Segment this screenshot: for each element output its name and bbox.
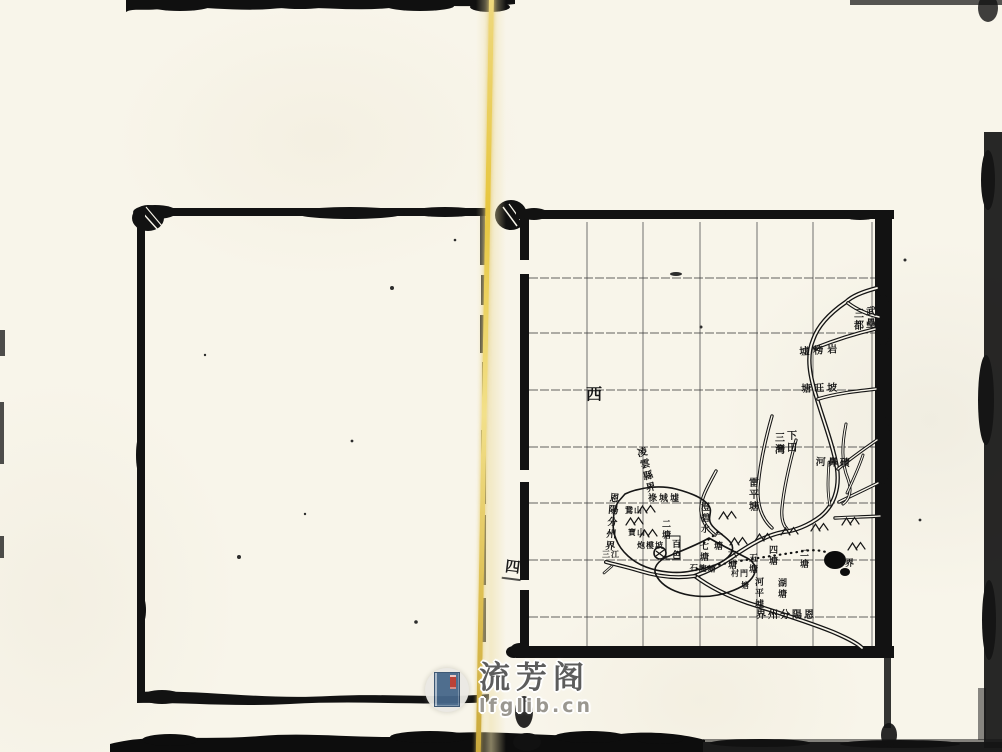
scan-artifact-left-edge <box>0 330 5 558</box>
svg-text:祿城墟: 祿城墟 <box>648 492 681 504</box>
map-label: 界 <box>845 557 855 569</box>
svg-text:村門: 村門 <box>731 568 749 578</box>
svg-text:塘: 塘 <box>741 580 749 590</box>
svg-text:下田: 下田 <box>787 429 798 454</box>
watermark-badge <box>425 668 469 712</box>
scan-artifact-right-edge <box>978 132 1002 748</box>
svg-text:二塘: 二塘 <box>800 548 810 570</box>
map-label: 下田 <box>787 429 798 454</box>
svg-text:澄碧水: 澄碧水 <box>701 501 711 535</box>
map-label: 雷平塘 <box>749 476 760 513</box>
map-label: 二塘 <box>800 548 810 570</box>
svg-text:百色: 百色 <box>671 538 682 561</box>
map-label: 百色 <box>671 538 682 561</box>
map-label: 鵞山 <box>625 505 643 515</box>
map-label: 河鼻磧 <box>816 455 852 469</box>
svg-text:凌雲縣界: 凌雲縣界 <box>636 444 659 494</box>
svg-text:鵞山: 鵞山 <box>625 505 643 515</box>
map-label: 武壘 <box>866 305 877 330</box>
map-label: 祿城墟 <box>648 492 681 504</box>
map-label: 五塘 <box>749 553 759 575</box>
svg-text:七塘: 七塘 <box>700 540 710 563</box>
map-label: 西 <box>586 384 602 403</box>
svg-text:寶山: 寶山 <box>628 527 646 537</box>
svg-text:武壘: 武壘 <box>866 305 877 330</box>
map-label: 三都 <box>853 308 865 332</box>
map-label: 石龍塘 <box>688 562 717 574</box>
scan-artifact-bottom-edge <box>110 731 1002 752</box>
svg-text:河平墟: 河平墟 <box>755 576 765 610</box>
map-label: 寶山 <box>628 527 646 537</box>
svg-text:界: 界 <box>845 557 855 569</box>
book-label-strip <box>450 675 456 689</box>
svg-text:三江: 三江 <box>602 549 620 559</box>
scan-artifact-top-edge <box>126 0 1002 22</box>
map-label: 澄碧水 <box>701 501 711 535</box>
map-label: 塘旺坡 <box>801 381 840 395</box>
book-scan: 西武壘三都墟榜岩塘旺坡下田三灣河鼻磧雷平塘凌雲縣界恩陽分州界澄碧水祿城墟鵞山寶山… <box>0 0 1002 752</box>
watermark-domain: lfglib.cn <box>479 697 593 716</box>
map-label: 七塘 <box>700 540 710 563</box>
svg-text:二塘: 二塘 <box>662 519 672 541</box>
map-label: 界州分陽恩 <box>756 608 816 621</box>
map-label: 炮樓坡 <box>636 540 664 550</box>
map-label: 凌雲縣界 <box>636 444 659 494</box>
left-page-frame <box>132 205 489 705</box>
map-label: 一塘 <box>714 531 724 552</box>
paper-specks <box>204 239 922 624</box>
watermark-title: 流芳阁 <box>479 663 593 694</box>
map-label: 四塘 <box>769 545 779 567</box>
map-label: 河平墟 <box>755 576 765 610</box>
svg-text:西: 西 <box>586 384 602 403</box>
svg-text:三灣: 三灣 <box>774 432 786 456</box>
svg-text:一塘: 一塘 <box>714 531 724 552</box>
map-label: 二塘 <box>662 519 672 541</box>
map-label: 三江 <box>602 549 620 559</box>
watermark: 流芳阁 lfglib.cn <box>425 663 593 716</box>
svg-text:河鼻磧: 河鼻磧 <box>816 455 852 469</box>
svg-text:炮樓坡: 炮樓坡 <box>636 540 664 550</box>
map-label: 湖塘 <box>777 577 788 600</box>
stitched-book-icon <box>434 672 460 707</box>
svg-text:三都: 三都 <box>853 308 865 332</box>
map-label: 三灣 <box>774 432 786 456</box>
map-label: 村門 <box>731 568 749 578</box>
svg-text:塘旺坡: 塘旺坡 <box>801 381 840 395</box>
map-label: 塘 <box>741 580 749 590</box>
svg-text:石龍塘: 石龍塘 <box>688 562 717 574</box>
map-labels: 西武壘三都墟榜岩塘旺坡下田三灣河鼻磧雷平塘凌雲縣界恩陽分州界澄碧水祿城墟鵞山寶山… <box>586 305 877 621</box>
svg-text:五塘: 五塘 <box>749 553 759 575</box>
svg-text:界州分陽恩: 界州分陽恩 <box>756 608 816 621</box>
svg-text:雷平塘: 雷平塘 <box>749 476 760 513</box>
svg-text:湖塘: 湖塘 <box>777 577 788 600</box>
svg-text:四塘: 四塘 <box>769 545 779 567</box>
